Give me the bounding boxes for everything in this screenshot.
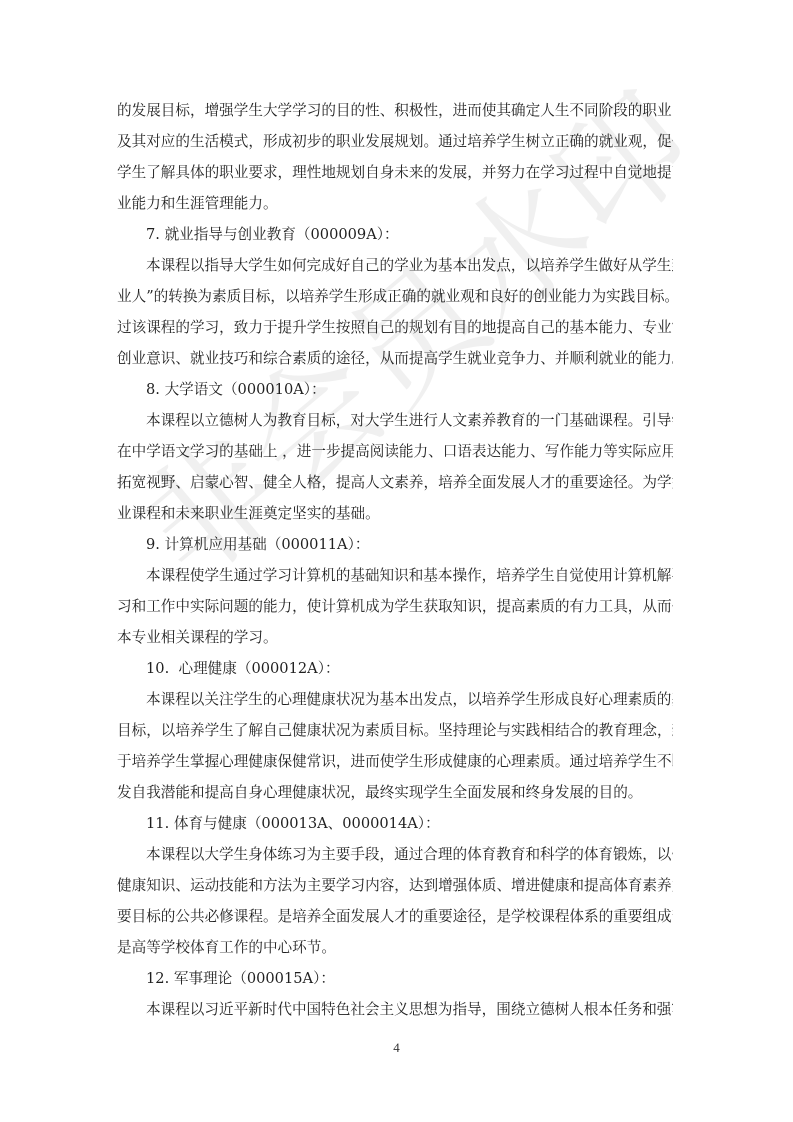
page-number: 4 [0, 1040, 793, 1056]
section-course-7: 7. 就业指导与创业教育（000009A）： 本课程以指导大学生如何完成好自己的… [117, 219, 673, 374]
section-course-9: 9. 计算机应用基础（000011A）： 本课程使学生通过学习计算机的基础知识和… [117, 529, 673, 653]
paragraph-line: 本课程使学生通过学习计算机的基础知识和基本操作，培养学生自觉使用计算机解决学 [117, 560, 673, 591]
paragraph-line: 习和工作中实际问题的能力，使计算机成为学生获取知识，提高素质的有力工具，从而促进 [117, 591, 673, 622]
section-course-8: 8. 大学语文（000010A）： 本课程以立德树人为教育目标，对大学生进行人文… [117, 374, 673, 529]
paragraph-line: 的发展目标，增强学生大学学习的目的性、积极性，进而使其确定人生不同阶段的职业目标 [117, 95, 673, 126]
paragraph-line: 创业意识、就业技巧和综合素质的途径，从而提高学生就业竞争力、并顺利就业的能力。 [117, 343, 673, 374]
paragraph-line: 本课程以关注学生的心理健康状况为基本出发点，以培养学生形成良好心理素质的基本 [117, 684, 673, 715]
section-heading: 12. 军事理论（000015A）： [117, 963, 673, 994]
paragraph-line: 业能力和生涯管理能力。 [117, 188, 673, 219]
paragraph-line: 业课程和未来职业生涯奠定坚实的基础。 [117, 498, 673, 529]
paragraph-line: 本课程以大学生身体练习为主要手段，通过合理的体育教育和科学的体育锻炼，以体育 [117, 839, 673, 870]
paragraph-line: 学生了解具体的职业要求，理性地规划自身未来的发展，并努力在学习过程中自觉地提高就 [117, 157, 673, 188]
paragraph-line: 本课程以指导大学生如何完成好自己的学业为基本出发点，以培养学生做好从学生到“职 [117, 250, 673, 281]
section-heading: 8. 大学语文（000010A）： [117, 374, 673, 405]
paragraph-line: 目标，以培养学生了解自己健康状况为素质目标。坚持理论与实践相结合的教育理念，致力 [117, 715, 673, 746]
paragraph-line: 本专业相关课程的学习。 [117, 622, 673, 653]
section-heading: 10. 心理健康（000012A）： [117, 653, 673, 684]
section-heading: 9. 计算机应用基础（000011A）： [117, 529, 673, 560]
paragraph-line: 本课程以立德树人为教育目标，对大学生进行人文素养教育的一门基础课程。引导学生 [117, 405, 673, 436]
paragraph-line: 本课程以习近平新时代中国特色社会主义思想为指导，围绕立德树人根本任务和强军目 [117, 994, 673, 1025]
section-course-10: 10. 心理健康（000012A）： 本课程以关注学生的心理健康状况为基本出发点… [117, 653, 673, 808]
paragraph-line: 于培养学生掌握心理健康保健常识，进而使学生形成健康的心理素质。通过培养学生不断开 [117, 746, 673, 777]
section-course-11: 11. 体育与健康（000013A、0000014A）： 本课程以大学生身体练习… [117, 808, 673, 963]
paragraph-line: 发自我潜能和提高自身心理健康状况，最终实现学生全面发展和终身发展的目的。 [117, 777, 673, 808]
paragraph-line: 及其对应的生活模式，形成初步的职业发展规划。通过培养学生树立正确的就业观，促使大 [117, 126, 673, 157]
paragraph-line: 要目标的公共必修课程。是培养全面发展人才的重要途径，是学校课程体系的重要组成部分… [117, 901, 673, 932]
paragraph-line: 拓宽视野、启蒙心智、健全人格，提高人文素养，培养全面发展人才的重要途径。为学好专 [117, 467, 673, 498]
section-course-12: 12. 军事理论（000015A）： 本课程以习近平新时代中国特色社会主义思想为… [117, 963, 673, 1025]
paragraph-line: 过该课程的学习，致力于提升学生按照自己的规划有目的地提高自己的基本能力、专业能力… [117, 312, 673, 343]
intro-paragraph: 的发展目标，增强学生大学学习的目的性、积极性，进而使其确定人生不同阶段的职业目标… [117, 95, 673, 219]
paragraph-line: 在中学语文学习的基础上 ，进一步提高阅读能力、口语表达能力、写作能力等实际应用能… [117, 436, 673, 467]
paragraph-line: 业人”的转换为素质目标，以培养学生形成正确的就业观和良好的创业能力为实践目标。通 [117, 281, 673, 312]
section-heading: 11. 体育与健康（000013A、0000014A）： [117, 808, 673, 839]
paragraph-line: 是高等学校体育工作的中心环节。 [117, 932, 673, 963]
document-page: 的发展目标，增强学生大学学习的目的性、积极性，进而使其确定人生不同阶段的职业目标… [117, 95, 673, 1025]
paragraph-line: 健康知识、运动技能和方法为主要学习内容，达到增强体质、增进健康和提高体育素养为主 [117, 870, 673, 901]
section-heading: 7. 就业指导与创业教育（000009A）： [117, 219, 673, 250]
